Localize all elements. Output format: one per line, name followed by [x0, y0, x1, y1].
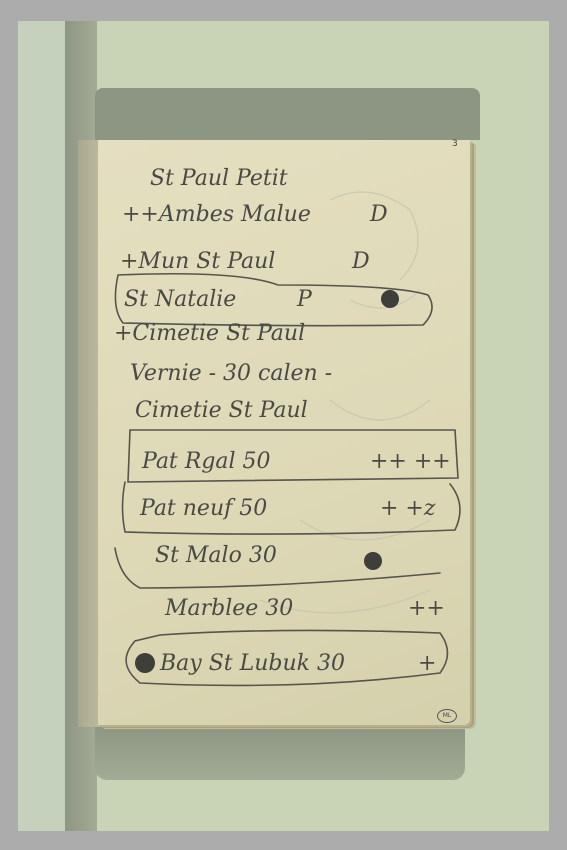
entry-3-mark: P	[296, 287, 313, 312]
entry-7: Pat Rgal 50	[141, 449, 271, 474]
filled-dot-icon	[364, 552, 382, 570]
entry-3: St Natalie	[124, 287, 236, 312]
entry-8: Pat neuf 50	[139, 496, 267, 521]
entry-9: St Malo 30	[155, 543, 277, 568]
entry-11: Bay St Lubuk 30	[159, 651, 345, 676]
handwriting-layer: St Paul Petit ++Ambes Malue D +Mun St Pa…	[0, 0, 567, 850]
entry-11-mark: +	[418, 651, 436, 676]
entry-5: Vernie - 30 calen -	[130, 361, 332, 386]
entry-1-mark: D	[369, 202, 388, 227]
entry-8-mark: + +z	[380, 496, 436, 521]
entry-10: Marblee 30	[164, 596, 293, 621]
entry-10-mark: ++	[408, 596, 445, 621]
entry-4: +Cimetie St Paul	[114, 321, 305, 346]
filled-dot-icon	[381, 290, 399, 308]
entry-1: ++Ambes Malue	[122, 202, 311, 227]
filled-dot-icon	[135, 653, 155, 673]
entry-0: St Paul Petit	[150, 166, 288, 191]
entry-2-mark: D	[351, 249, 370, 274]
entry-2: +Mun St Paul	[120, 249, 275, 274]
entry-7-mark: ++ ++	[370, 449, 451, 474]
entry-6: Cimetie St Paul	[135, 398, 308, 423]
